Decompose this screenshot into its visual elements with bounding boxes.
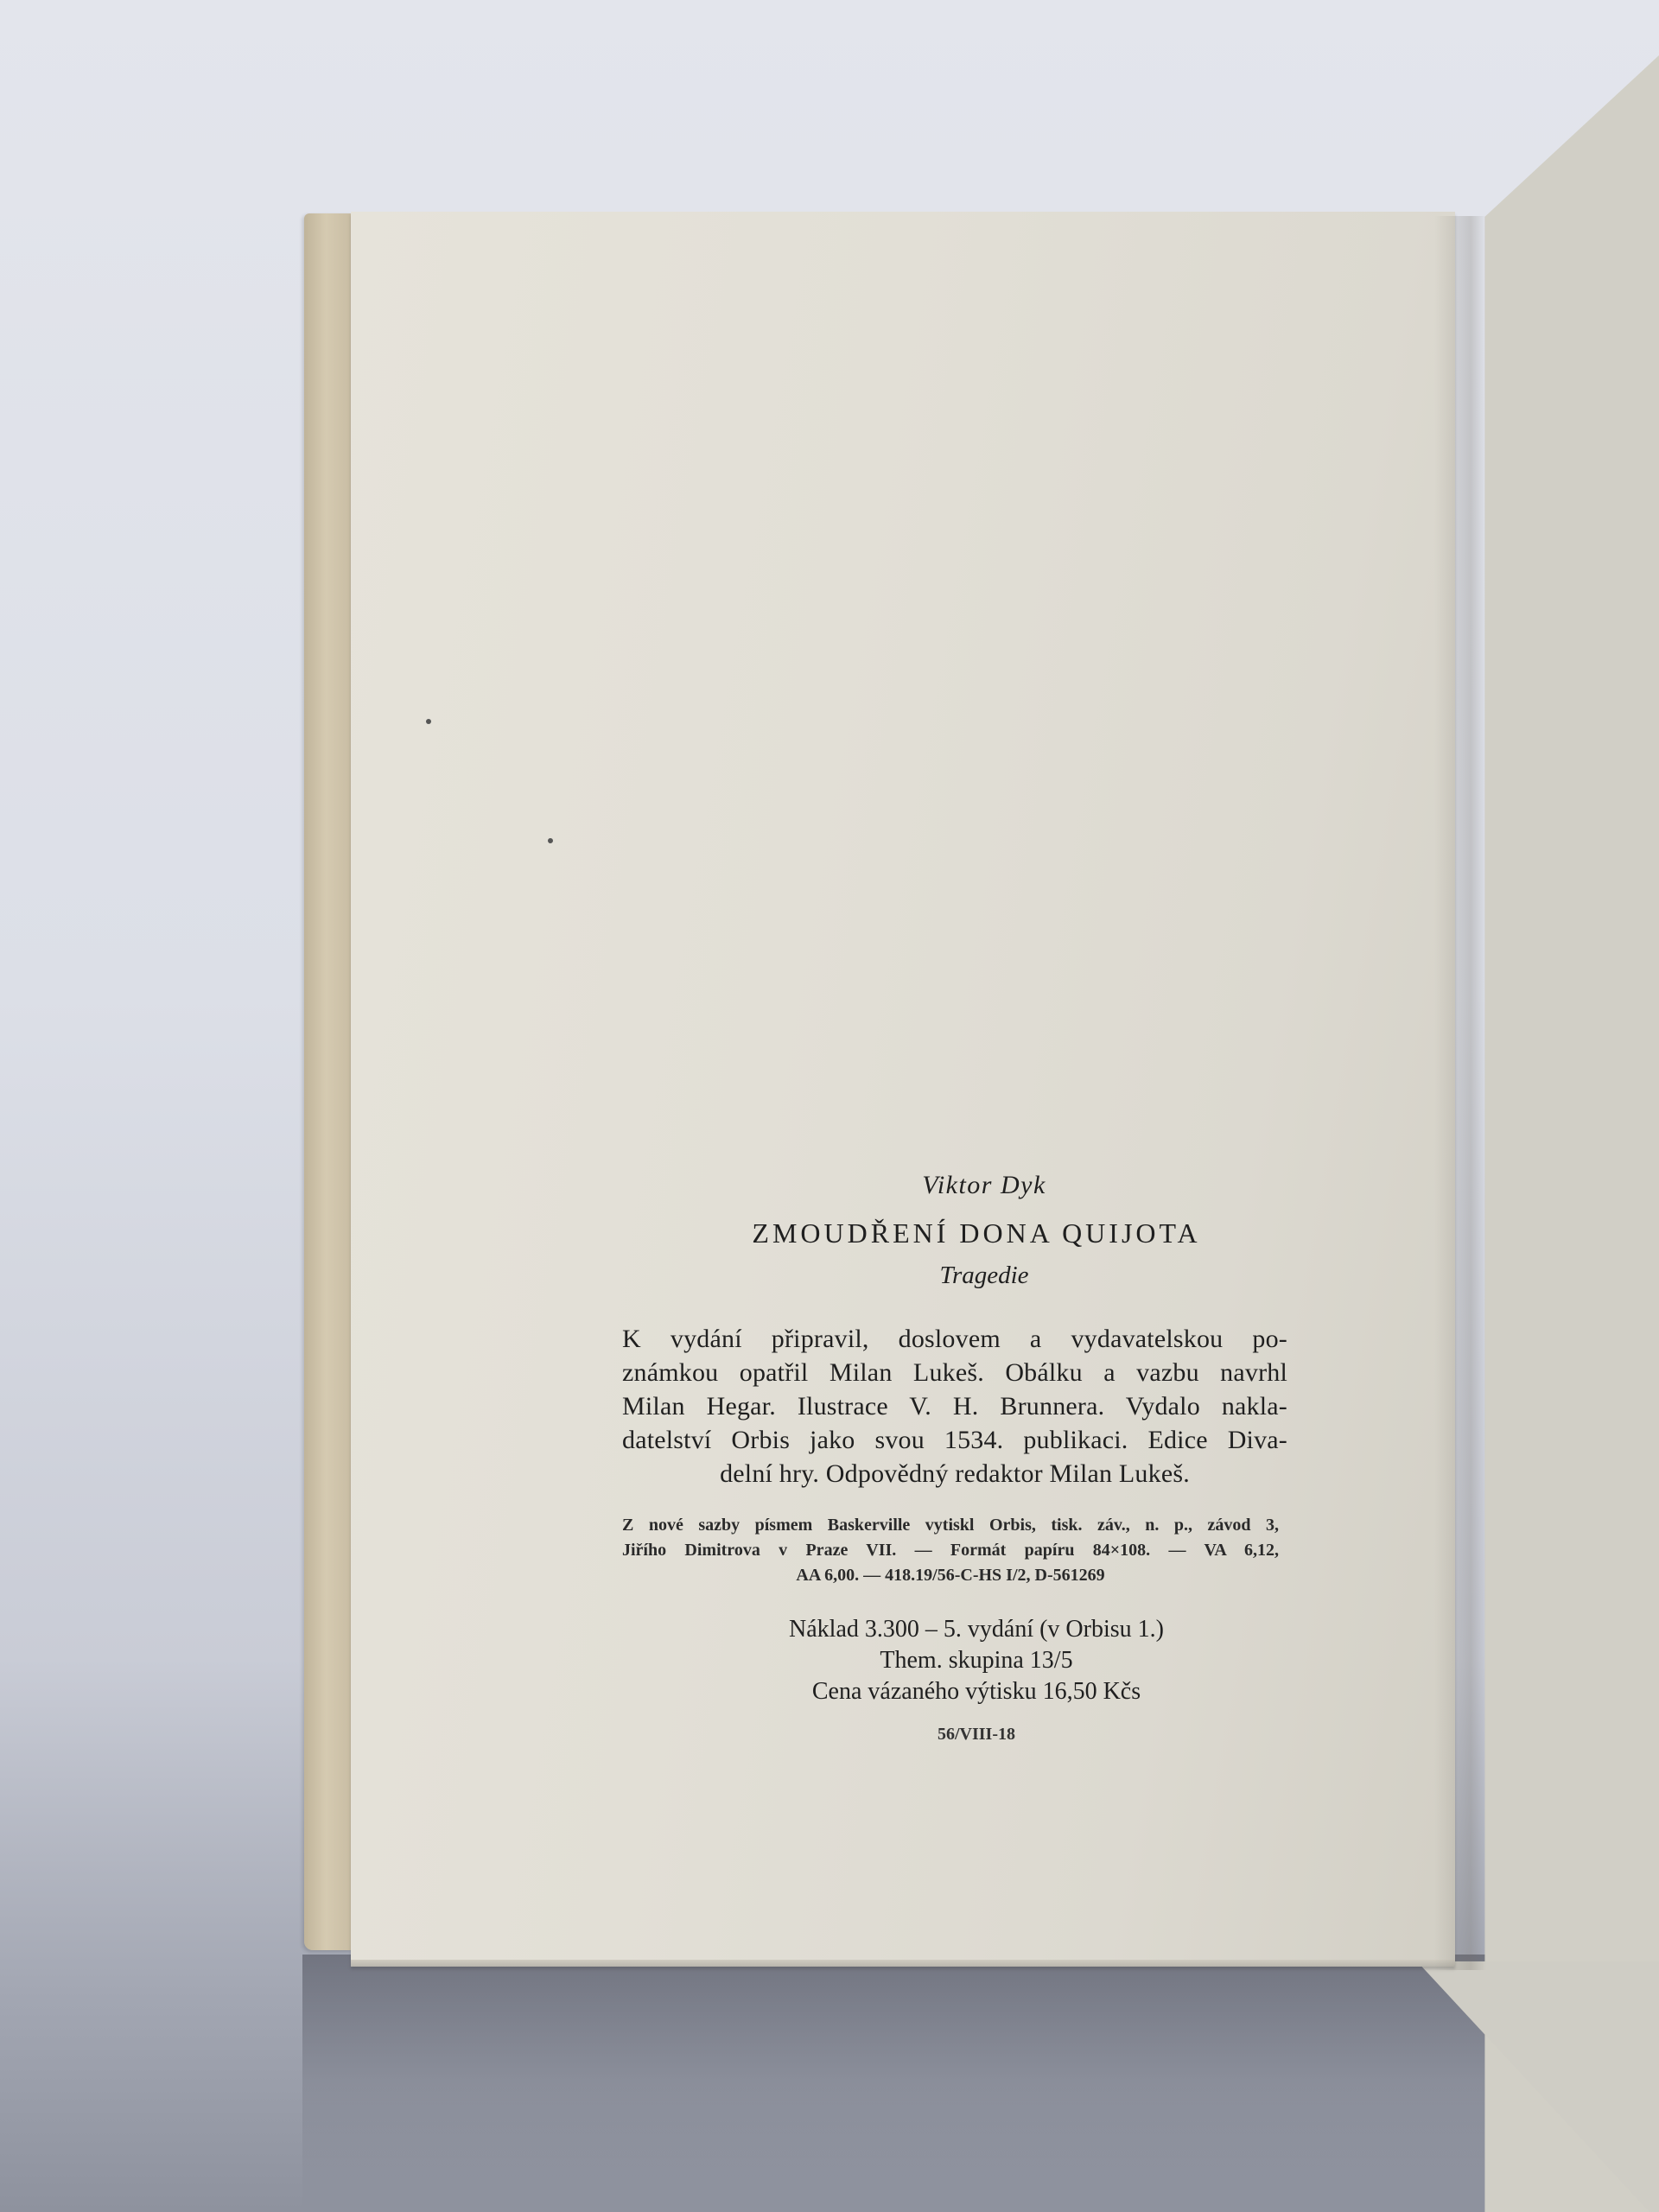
printing-line: AA 6,00. — 418.19/56-C-HS I/2, D-561269 — [622, 1563, 1279, 1588]
credits-line: delní hry. Odpovědný redaktor Milan Luke… — [622, 1457, 1287, 1491]
credits-line: datelství Orbis jako svou 1534. publikac… — [622, 1423, 1287, 1457]
credits-line: K vydání připravil, doslovem a vydavatel… — [622, 1322, 1287, 1356]
credits-paragraph: K vydání připravil, doslovem a vydavatel… — [622, 1322, 1287, 1491]
printing-line: Jiřího Dimitrova v Praze VII. — Formát p… — [622, 1538, 1279, 1563]
credits-line: známkou opatřil Milan Lukeš. Obálku a va… — [622, 1356, 1287, 1389]
page-bottom-edge — [351, 1960, 1455, 1967]
imprint-text-block: Viktor Dyk ZMOUDŘENÍ DONA QUIJOTA Traged… — [622, 1166, 1313, 1745]
paper-speck — [548, 838, 553, 843]
edition-info: Náklad 3.300 – 5. vydání (v Orbisu 1.) T… — [639, 1614, 1313, 1707]
book-title: ZMOUDŘENÍ DONA QUIJOTA — [639, 1213, 1313, 1253]
price-line: Cena vázaného výtisku 16,50 Kčs — [639, 1676, 1313, 1707]
thematic-group-line: Them. skupina 13/5 — [639, 1645, 1313, 1676]
gutter-shadow — [1434, 216, 1486, 1970]
book-subtitle: Tragedie — [655, 1258, 1313, 1293]
printing-line: Z nové sazby písmem Baskerville vytiskl … — [622, 1513, 1279, 1538]
printing-info: Z nové sazby písmem Baskerville vytiskl … — [622, 1513, 1279, 1588]
publication-code: 56/VIII-18 — [639, 1725, 1313, 1745]
book-shadow — [302, 1955, 1555, 2212]
credits-line: Milan Hegar. Ilustrace V. H. Brunnera. V… — [622, 1389, 1287, 1423]
book-spine — [304, 213, 353, 1950]
author-name: Viktor Dyk — [655, 1166, 1313, 1205]
paper-speck — [426, 719, 431, 724]
print-run-line: Náklad 3.300 – 5. vydání (v Orbisu 1.) — [639, 1614, 1313, 1645]
